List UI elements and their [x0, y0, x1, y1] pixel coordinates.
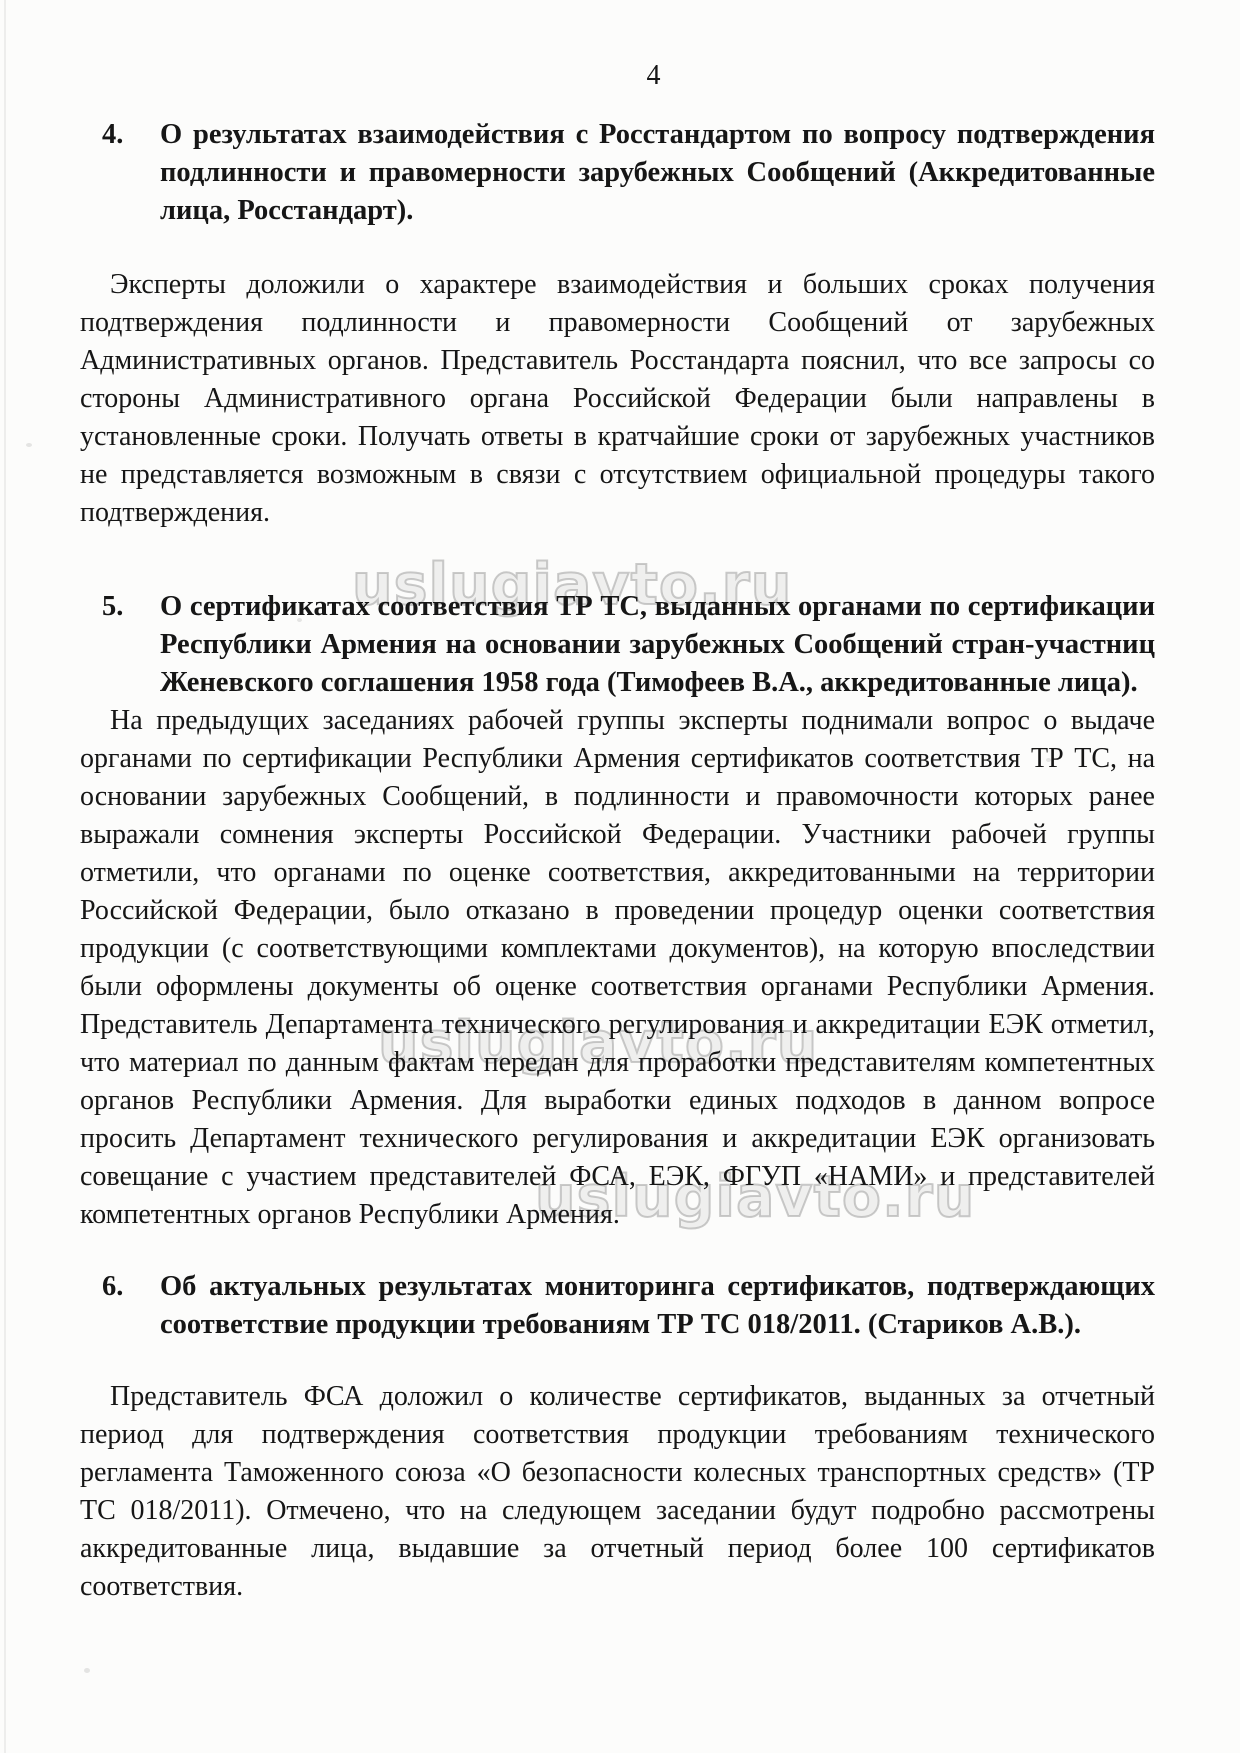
section-title: О результатах взаимодействия с Росстанда… [160, 116, 1155, 230]
page-number: 4 [80, 60, 1155, 92]
section-title: Об актуальных результатах мониторинга се… [160, 1268, 1155, 1344]
section-paragraph: На предыдущих заседаниях рабочей группы … [80, 702, 1155, 1234]
section-title: О сертификатах соответствия ТР ТС, выдан… [160, 588, 1155, 702]
page-content: 4 4. О результатах взаимодействия с Росс… [80, 0, 1155, 1606]
section-heading-6: 6. Об актуальных результатах мониторинга… [80, 1268, 1155, 1344]
section-number: 5. [80, 588, 160, 702]
section-heading-4: 4. О результатах взаимодействия с Росста… [80, 116, 1155, 230]
document-page: uslugiavto.ru uslugiavto.ru uslugiavto.r… [0, 0, 1240, 1753]
scan-speckle [26, 443, 32, 447]
section-number: 4. [80, 116, 160, 230]
section-paragraph: Представитель ФСА доложил о количестве с… [80, 1378, 1155, 1606]
section-heading-5: 5. О сертификатах соответствия ТР ТС, вы… [80, 588, 1155, 702]
section-paragraph: Эксперты доложили о характере взаимодейс… [80, 266, 1155, 532]
section-number: 6. [80, 1268, 160, 1344]
scan-speckle [84, 1668, 90, 1673]
